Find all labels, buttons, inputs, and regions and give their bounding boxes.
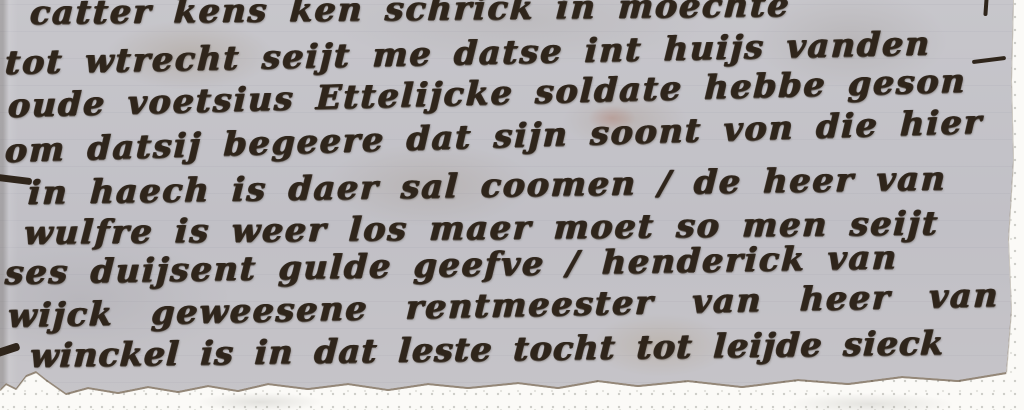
manuscript-paper: catter kens ken schrick in moechte tot w… [0, 0, 1024, 410]
manuscript-scan: catter kens ken schrick in moechte tot w… [0, 0, 1024, 410]
paper-shadow-wrapper: catter kens ken schrick in moechte tot w… [0, 0, 1024, 410]
